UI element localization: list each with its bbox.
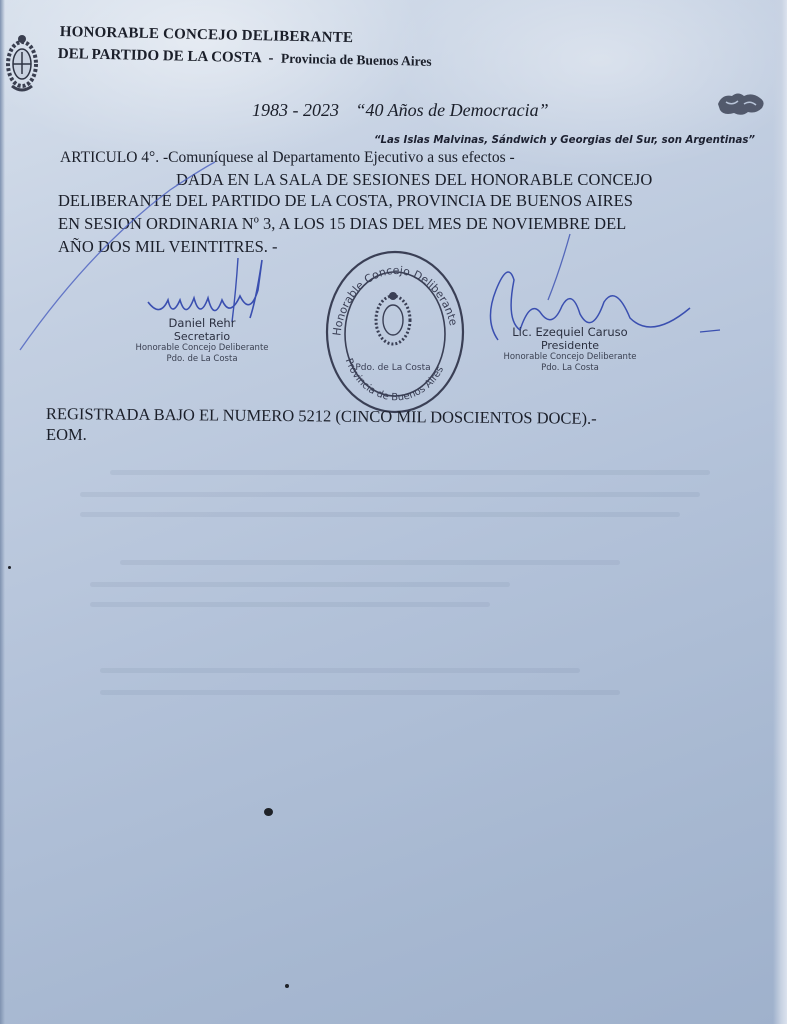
partido-name: DEL PARTIDO DE LA COSTA (58, 46, 261, 66)
article-4-line: ARTICULO 4°. -Comuníquese al Departament… (60, 150, 515, 166)
years-range: 1983 - 2023 (252, 100, 339, 120)
anniversary-line: 1983 - 2023 “40 Años de Democracia” (252, 100, 549, 121)
malvinas-slogan: “Las Islas Malvinas, Sándwich y Georgias… (374, 135, 755, 146)
ink-speck (8, 566, 11, 569)
bleed-through-text (120, 560, 620, 565)
svg-text:Honorable Concejo Deliberante: Honorable Concejo Deliberante (330, 264, 460, 336)
signature-block-president: Lic. Ezequiel Caruso Presidente Honorabl… (480, 325, 660, 374)
signer-org-locality: Pdo. La Costa (480, 363, 660, 374)
bleed-through-text (80, 492, 700, 497)
svg-text:Pdo. de La Costa: Pdo. de La Costa (355, 363, 430, 373)
bleed-through-text (90, 582, 510, 587)
bleed-through-text (100, 668, 580, 673)
signer-name: Lic. Ezequiel Caruso (480, 325, 660, 339)
registration-initials: EOM. (46, 425, 87, 445)
dada-line-3: EN SESION ORDINARIA Nº 3, A LOS 15 DIAS … (58, 216, 626, 233)
malvinas-islands-map-icon (712, 86, 770, 122)
page-left-edge-shadow (0, 0, 5, 1024)
institution-name-line2: DEL PARTIDO DE LA COSTA - Provincia de B… (58, 46, 432, 71)
bleed-through-text (110, 470, 710, 475)
ink-speck (264, 808, 273, 816)
signer-name: Daniel Rehr (112, 316, 292, 330)
argentine-coat-of-arms-icon (376, 292, 410, 344)
province-name: Provincia de Buenos Aires (281, 51, 432, 69)
dada-line-2: DELIBERANTE DEL PARTIDO DE LA COSTA, PRO… (58, 193, 633, 210)
dada-line-1: DADA EN LA SALA DE SESIONES DEL HONORABL… (176, 172, 652, 189)
page-right-edge (773, 0, 787, 1024)
signature-block-secretary: Daniel Rehr Secretario Honorable Concejo… (112, 316, 292, 365)
ink-speck (285, 984, 289, 988)
council-seal-stamp: Honorable Concejo Deliberante Provincia … (322, 244, 468, 414)
bleed-through-text (80, 512, 680, 517)
registration-line: REGISTRADA BAJO EL NUMERO 5212 (CINCO MI… (46, 404, 597, 429)
signer-role: Secretario (112, 330, 292, 343)
signer-role: Presidente (480, 339, 660, 352)
signer-org: Honorable Concejo Deliberante (480, 352, 660, 363)
institution-name-line1: HONORABLE CONCEJO DELIBERANTE (60, 24, 354, 47)
bleed-through-text (100, 690, 620, 695)
signer-org-locality: Pdo. de La Costa (112, 354, 292, 365)
dada-line-4: AÑO DOS MIL VEINTITRES. - (58, 239, 278, 256)
democracy-motto: “40 Años de Democracia” (356, 100, 549, 120)
signer-org: Honorable Concejo Deliberante (112, 343, 292, 354)
bleed-through-text (90, 602, 490, 607)
argentine-coat-of-arms-icon (4, 26, 40, 98)
